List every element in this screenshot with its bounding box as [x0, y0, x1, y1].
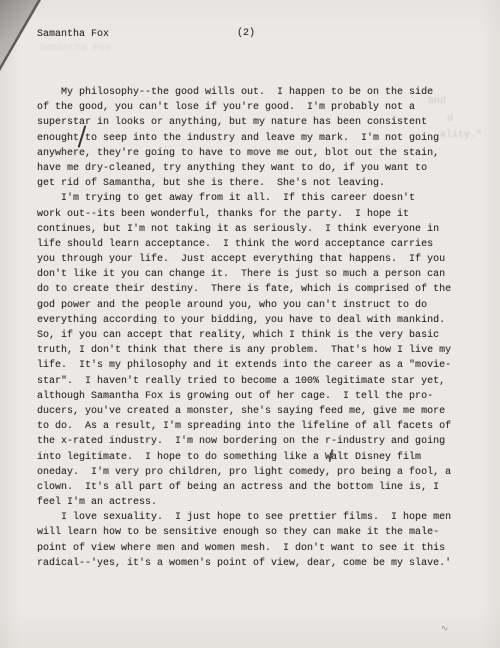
text-line: feel I'm an actress.: [37, 495, 451, 510]
text-line: radical--'yes, it's a women's point of v…: [37, 556, 451, 571]
text-line: truth, I don't think that there is any p…: [37, 343, 451, 358]
text-line: everything according to your bidding, yo…: [37, 313, 451, 328]
text-line: I love sexuality. I just hope to see pre…: [37, 510, 451, 525]
text-line: will learn how to be sensitive enough so…: [37, 525, 451, 540]
text-line: enought to seep into the industry and le…: [37, 131, 451, 146]
text-line: work out--its been wonderful, thanks for…: [37, 207, 451, 222]
text-line: life should learn acceptance. I think th…: [37, 237, 451, 252]
text-line: I'm trying to get away from it all. If t…: [37, 191, 451, 206]
text-line: point of view where men and women mesh. …: [37, 541, 451, 556]
text-line: superstar in looks or anything, but my n…: [37, 115, 451, 130]
text-line: do to create their destiny. There is fat…: [37, 282, 451, 297]
text-line: have me dry-cleaned, try anything they w…: [37, 161, 451, 176]
text-line: get rid of Samantha, but she is there. S…: [37, 176, 451, 191]
text-line: don't like it you can change it. There i…: [37, 267, 451, 282]
text-line: My philosophy--the good wills out. I hap…: [37, 85, 451, 100]
scanned-typescript-page: Samantha Fox (2) Samantha Fox My philoso…: [0, 0, 500, 648]
page-corner-fold: [0, 0, 38, 66]
text-line: star". I haven't really tried to become …: [37, 374, 451, 389]
text-line: the x-rated industry. I'm now bordering …: [37, 434, 451, 449]
typescript-body: My philosophy--the good wills out. I hap…: [37, 85, 451, 571]
text-line: of the good, you can't lose if you're go…: [37, 100, 451, 115]
text-line: anywhere, they're going to have to move …: [37, 146, 451, 161]
text-line: into legitimate. I hope to do something …: [37, 450, 451, 465]
page-number: (2): [237, 26, 255, 41]
paragraph: I love sexuality. I just hope to see pre…: [37, 510, 451, 571]
text-line: So, if you can accept that reality, whic…: [37, 328, 451, 343]
text-line: to do. As a result, I'm spreading into t…: [37, 419, 451, 434]
bleed-through-header: Samantha Fox: [39, 43, 111, 54]
paragraph: My philosophy--the good wills out. I hap…: [37, 85, 451, 191]
text-line: oneday. I'm very pro children, pro light…: [37, 465, 451, 480]
pen-mark: ∿: [440, 624, 449, 635]
author-name: Samantha Fox: [37, 27, 109, 42]
text-line: ducers, you've created a monster, she's …: [37, 404, 451, 419]
text-line: you through your life. Just accept every…: [37, 252, 451, 267]
text-line: clown. It's all part of being an actress…: [37, 480, 451, 495]
text-line: life. It's my philosophy and it extends …: [37, 358, 451, 373]
text-line: continues, but I'm not taking it as seri…: [37, 222, 451, 237]
paragraph: I'm trying to get away from it all. If t…: [37, 191, 451, 510]
text-line: although Samantha Fox is growing out of …: [37, 389, 451, 404]
text-line: god power and the people around you, who…: [37, 298, 451, 313]
